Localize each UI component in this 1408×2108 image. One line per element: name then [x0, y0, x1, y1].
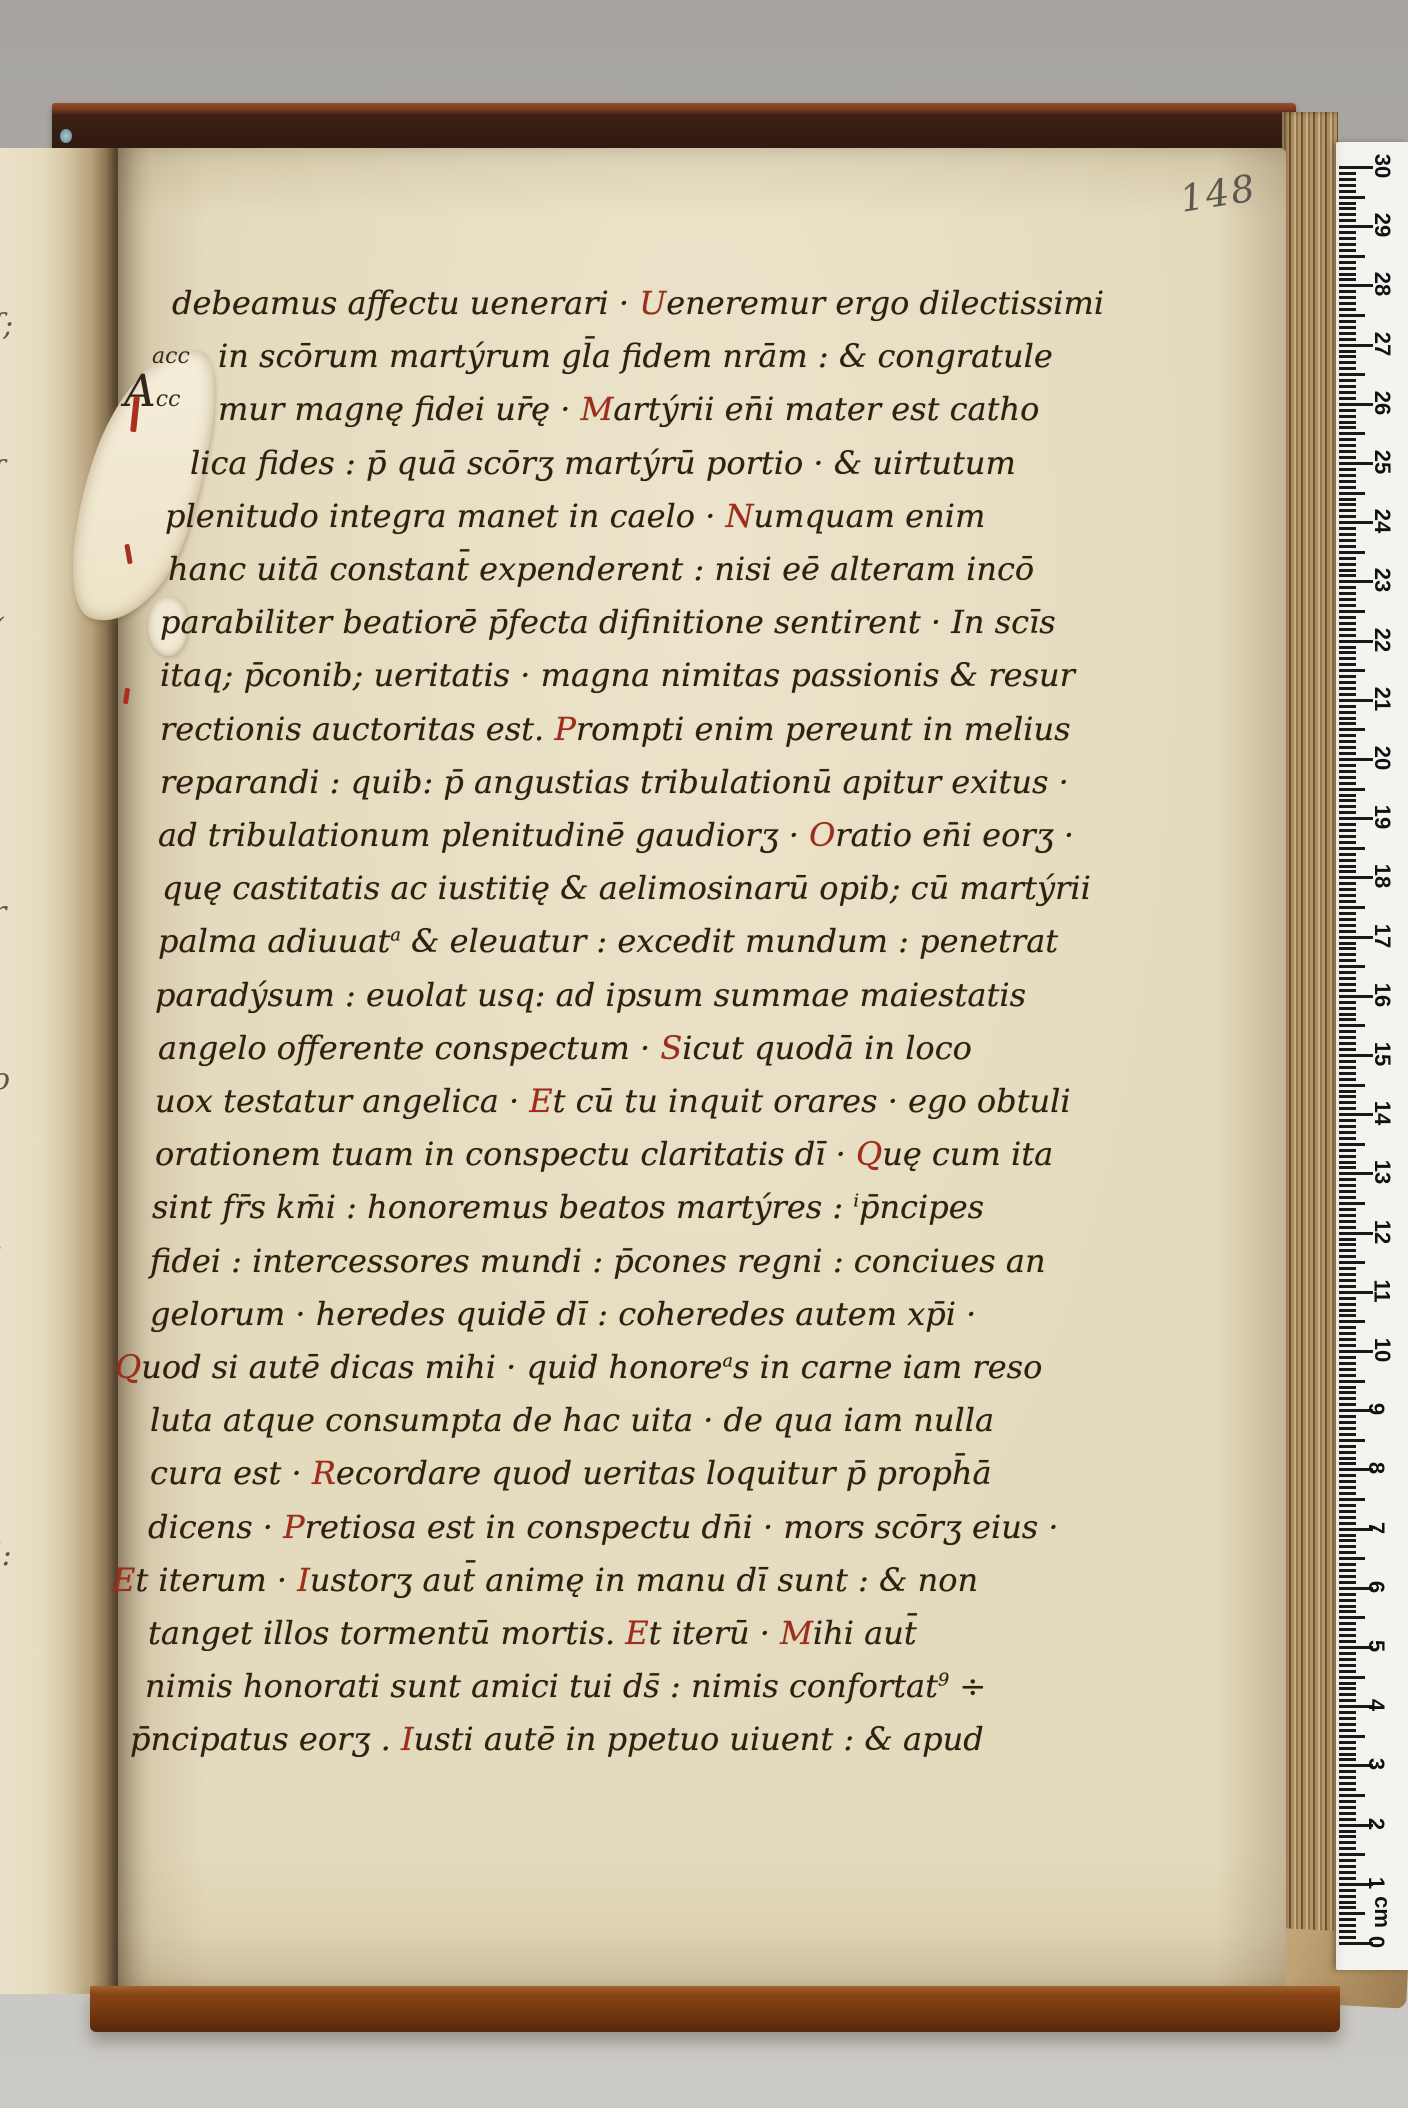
ruler-tick: [1339, 865, 1356, 868]
ruler-tick: [1339, 829, 1356, 832]
ruler-tick: [1339, 669, 1365, 672]
ruler-number: 30: [1369, 154, 1395, 178]
rubric-letter: P: [283, 1508, 305, 1546]
ruler-tick: [1339, 888, 1356, 891]
measuring-ruler: 0123456789101112131415161718192021222324…: [1336, 142, 1408, 1970]
text-segment: fidei : intercessores mundi : p̄cones re…: [150, 1242, 1046, 1280]
ruler-tick: [1339, 1835, 1356, 1838]
ruler-tick: [1339, 338, 1356, 341]
book-bottom-cover-edge: [90, 1986, 1340, 2032]
ruler-tick: [1339, 1001, 1356, 1004]
ruler-tick: [1339, 438, 1356, 441]
ruler-tick: [1339, 403, 1373, 406]
text-segment: t iterū ·: [649, 1614, 780, 1652]
manuscript-line: p̄ncipatus eorʒ . Iusti autē in ppetuo u…: [130, 1720, 984, 1758]
ruler-tick: [1339, 249, 1356, 252]
facing-page-text-fragment: o: [0, 1062, 10, 1097]
manuscript-line: reparandi : quib: p̄ angustias tribulati…: [160, 763, 1069, 801]
ruler-tick: [1339, 1901, 1356, 1904]
ruler-tick: [1339, 1060, 1356, 1063]
ruler-tick: [1339, 1072, 1356, 1075]
ruler-tick: [1339, 1208, 1356, 1211]
ruler-tick: [1339, 1297, 1356, 1300]
ruler-tick: [1339, 989, 1356, 992]
ruler-tick: [1339, 492, 1365, 495]
ruler-tick: [1339, 302, 1356, 305]
ruler-tick: [1339, 1877, 1356, 1880]
ruler-tick: [1339, 397, 1356, 400]
ruler-tick: [1339, 788, 1365, 791]
ruler-tick: [1339, 551, 1365, 554]
ruler-tick: [1339, 391, 1356, 394]
ruler-tick: [1339, 409, 1356, 412]
ruler-number: 5: [1363, 1640, 1389, 1652]
ruler-tick: [1339, 1131, 1356, 1134]
ruler-tick: [1339, 847, 1365, 850]
rubric-mark: [123, 688, 130, 705]
ruler-tick: [1339, 1634, 1356, 1637]
ruler-tick: [1339, 355, 1356, 358]
ruler-number: 1: [1363, 1877, 1389, 1889]
ruler-tick: [1339, 1930, 1356, 1933]
ruler-tick: [1339, 1344, 1356, 1347]
ruler-tick: [1339, 1243, 1356, 1246]
text-segment: ratio en̄i eorʒ ·: [835, 816, 1074, 854]
ruler-tick: [1339, 1563, 1356, 1566]
text-segment: sint fr̄s km̄i : honoremus beatos martýr…: [152, 1188, 853, 1226]
text-segment: angelo offerente conspectum ·: [158, 1029, 660, 1067]
ruler-tick: [1339, 936, 1373, 939]
ruler-tick: [1339, 1516, 1356, 1519]
ruler-tick: [1339, 1912, 1365, 1915]
ruler-tick: [1339, 1575, 1356, 1578]
ruler-tick: [1339, 563, 1356, 566]
ruler-tick: [1339, 1498, 1365, 1501]
manuscript-line: angelo offerente conspectum · Sicut quod…: [158, 1029, 972, 1067]
ruler-unit-label: cm: [1369, 1896, 1395, 1928]
ruler-tick: [1339, 1652, 1356, 1655]
text-segment: reparandi : quib: p̄ angustias tribulati…: [160, 763, 1069, 801]
ruler-tick: [1339, 178, 1356, 181]
ruler-tick: [1339, 663, 1356, 666]
ruler-tick: [1339, 876, 1373, 879]
ruler-tick: [1339, 1042, 1356, 1045]
ruler-tick: [1339, 1610, 1356, 1613]
ruler-tick: [1339, 1758, 1356, 1761]
ruler-tick: [1339, 1403, 1356, 1406]
ruler-tick: [1339, 687, 1356, 690]
manuscript-line: palma adiuuata & eleuatur : excedit mund…: [158, 922, 1058, 960]
ruler-tick: [1339, 1569, 1356, 1572]
ruler-tick: [1339, 320, 1356, 323]
ruler-tick: [1339, 1747, 1356, 1750]
folio-number: 148: [1177, 166, 1259, 220]
text-segment: icut quodā in loco: [682, 1029, 972, 1067]
ruler-tick: [1339, 722, 1356, 725]
ruler-number: 11: [1369, 1279, 1395, 1302]
ruler-tick: [1339, 794, 1356, 797]
ruler-tick: [1339, 1279, 1356, 1282]
ruler-tick: [1339, 1682, 1356, 1685]
ruler-tick: [1339, 1510, 1356, 1513]
ruler-tick: [1339, 1753, 1356, 1756]
ruler-tick: [1339, 811, 1356, 814]
ruler-tick: [1339, 959, 1356, 962]
text-segment: orationem tuam in conspectu claritatis d…: [155, 1135, 856, 1173]
marginal-initial: A: [124, 366, 156, 417]
ruler-tick: [1339, 1232, 1373, 1235]
ruler-tick: [1339, 740, 1356, 743]
ruler-number: 27: [1369, 331, 1395, 355]
ruler-tick: [1339, 444, 1356, 447]
ruler-tick: [1339, 1226, 1356, 1229]
ruler-tick: [1339, 1841, 1356, 1844]
ruler-tick: [1339, 699, 1373, 702]
ruler-tick: [1339, 1184, 1356, 1187]
ruler-tick: [1339, 1084, 1365, 1087]
ruler-tick: [1339, 1326, 1356, 1329]
ruler-tick: [1339, 237, 1356, 240]
rubric-letter: M: [780, 1614, 813, 1652]
ruler-tick: [1339, 1368, 1356, 1371]
ruler-number: 18: [1369, 864, 1395, 888]
ruler-tick: [1339, 965, 1365, 968]
ruler-tick: [1339, 1711, 1356, 1714]
book-fore-edge-pages: [1282, 112, 1338, 1998]
ruler-tick: [1339, 184, 1356, 187]
ruler-tick: [1339, 1599, 1356, 1602]
text-segment: t iterum ·: [135, 1561, 297, 1599]
ruler-tick: [1339, 1332, 1356, 1335]
ruler-tick: [1339, 841, 1356, 844]
manuscript-line: uox testatur angelica · Et cū tu inquit …: [155, 1082, 1071, 1120]
manuscript-line: debeamus affectu uenerari · Ueneremur er…: [172, 284, 1104, 322]
ruler-number: 9: [1363, 1403, 1389, 1415]
manuscript-line: gelorum · heredes quidē dī : coheredes a…: [150, 1295, 976, 1333]
ruler-tick: [1339, 1865, 1356, 1868]
text-segment: nimis honorati sunt amici tui ds̄ : nimi…: [145, 1667, 938, 1705]
text-segment: usti autē in ppetuo uiuent : & apud: [414, 1720, 984, 1758]
ruler-tick: [1339, 1770, 1356, 1773]
rubric-letter: I: [297, 1561, 310, 1599]
ruler-tick: [1339, 1285, 1356, 1288]
ruler-tick: [1339, 942, 1356, 945]
ruler-tick: [1339, 385, 1356, 388]
ruler-tick: [1339, 681, 1356, 684]
ruler-tick: [1339, 539, 1356, 542]
text-segment: palma adiuuat: [158, 922, 390, 960]
ruler-tick: [1339, 1522, 1356, 1525]
ruler-number: 20: [1369, 746, 1395, 770]
ruler-tick: [1339, 1018, 1356, 1021]
ruler-tick: [1339, 1693, 1356, 1696]
ruler-tick: [1339, 308, 1356, 311]
text-segment: p̄ncipatus eorʒ .: [130, 1720, 401, 1758]
ruler-tick: [1339, 1119, 1356, 1122]
ruler-tick: [1339, 421, 1356, 424]
text-segment: ad tribulationum plenitudinē gaudiorʒ ·: [158, 816, 809, 854]
ruler-tick: [1339, 190, 1356, 193]
ruler-tick: [1339, 1800, 1356, 1803]
ruler-tick: [1339, 1889, 1356, 1892]
ruler-tick: [1339, 900, 1356, 903]
ruler-tick: [1339, 1238, 1356, 1241]
ruler-tick: [1339, 1806, 1356, 1809]
ruler-tick: [1339, 1380, 1365, 1383]
text-segment: retiosa est in conspectu dn̄i · mors scō…: [305, 1508, 1059, 1546]
ruler-tick: [1339, 1830, 1356, 1833]
manuscript-line: luta atque consumpta de hac uita · de qu…: [150, 1401, 994, 1439]
ruler-tick: [1339, 770, 1356, 773]
ruler-tick: [1339, 361, 1356, 364]
text-segment: uę cum ita: [882, 1135, 1053, 1173]
ruler-tick: [1339, 1309, 1356, 1312]
ruler-tick: [1339, 983, 1356, 986]
manuscript-line: paradýsum : euolat usq: ad ipsum summae …: [155, 976, 1026, 1014]
ruler-tick: [1339, 474, 1356, 477]
ruler-tick: [1339, 1445, 1356, 1448]
ruler-tick: [1339, 1048, 1356, 1051]
ruler-tick: [1339, 202, 1356, 205]
ruler-tick: [1339, 432, 1365, 435]
ruler-tick: [1339, 1095, 1356, 1098]
ruler-tick: [1339, 628, 1356, 631]
manuscript-line: sint fr̄s km̄i : honoremus beatos martýr…: [152, 1188, 984, 1226]
ruler-tick: [1339, 1616, 1365, 1619]
manuscript-line: cura est · Recordare quod ueritas loquit…: [150, 1454, 992, 1492]
ruler-tick: [1339, 918, 1356, 921]
facing-page-text-fragment: ;: [0, 1232, 2, 1267]
ruler-tick: [1339, 1723, 1356, 1726]
ruler-tick: [1339, 574, 1356, 577]
ruler-tick: [1339, 693, 1356, 696]
ruler-tick: [1339, 776, 1356, 779]
ruler-tick: [1339, 267, 1356, 270]
ruler-tick: [1339, 1024, 1365, 1027]
ruler-tick: [1339, 1030, 1356, 1033]
ruler-tick: [1339, 1066, 1356, 1069]
ruler-tick: [1339, 1172, 1373, 1175]
ruler-tick: [1339, 1433, 1356, 1436]
manuscript-line: orationem tuam in conspectu claritatis d…: [155, 1135, 1053, 1173]
ruler-tick: [1339, 533, 1356, 536]
text-segment: cura est ·: [150, 1454, 312, 1492]
ruler-tick: [1339, 1640, 1356, 1643]
ruler-tick: [1339, 1936, 1356, 1939]
ruler-tick: [1339, 379, 1356, 382]
ruler-tick: [1339, 350, 1356, 353]
ruler-tick: [1339, 995, 1373, 998]
ruler-tick: [1339, 284, 1373, 287]
ruler-tick: [1339, 509, 1356, 512]
ruler-tick: [1339, 1480, 1356, 1483]
superscript-letter: 9: [938, 1671, 949, 1691]
ruler-tick: [1339, 1687, 1356, 1690]
ruler-tick: [1339, 1214, 1356, 1217]
text-segment: ustorʒ aut̄ animę in manu dī sunt : & no…: [310, 1561, 978, 1599]
ruler-tick: [1339, 1190, 1356, 1193]
ruler-tick: [1339, 1474, 1356, 1477]
ruler-tick: [1339, 1415, 1356, 1418]
ruler-tick: [1339, 882, 1356, 885]
ruler-tick: [1339, 1859, 1356, 1862]
ruler-tick: [1339, 1534, 1356, 1537]
ruler-tick: [1339, 1202, 1365, 1205]
ruler-number: 12: [1369, 1219, 1395, 1243]
ruler-tick: [1339, 1267, 1356, 1270]
ruler-tick: [1339, 456, 1356, 459]
ruler-number: 3: [1363, 1758, 1389, 1770]
ruler-tick: [1339, 1386, 1356, 1389]
text-segment: mur magnę fidei ur̄ę ·: [218, 390, 581, 428]
facing-page-text-fragment: ·: [0, 408, 2, 443]
ruler-tick: [1339, 326, 1356, 329]
ruler-tick: [1339, 503, 1356, 506]
text-segment: lica fides : p̄ quā scōrʒ martýrū portio…: [190, 444, 1016, 482]
ruler-tick: [1339, 1397, 1356, 1400]
manuscript-line: in scōrum martýrum gl̄a fidem nrām : & c…: [218, 337, 1053, 375]
text-segment: hanc uitā constant̄ expenderent : nisi e…: [168, 550, 1034, 588]
rubric-letter: R: [312, 1454, 336, 1492]
ruler-tick: [1339, 243, 1356, 246]
ruler-tick: [1339, 1101, 1356, 1104]
ruler-tick: [1339, 1871, 1356, 1874]
ruler-tick: [1339, 1362, 1356, 1365]
text-segment: umquam enim: [754, 497, 986, 535]
ruler-tick: [1339, 1036, 1356, 1039]
ruler-tick: [1339, 616, 1356, 619]
ruler-tick: [1339, 835, 1356, 838]
ruler-tick: [1339, 255, 1365, 258]
ruler-tick: [1339, 977, 1356, 980]
ruler-tick: [1339, 196, 1365, 199]
ruler-tick: [1339, 426, 1356, 429]
ruler-tick: [1339, 1699, 1356, 1702]
ruler-tick: [1339, 717, 1356, 720]
ruler-tick: [1339, 1812, 1356, 1815]
text-segment: t cū tu inquit orares · ego obtuli: [553, 1082, 1071, 1120]
ruler-tick: [1339, 462, 1373, 465]
ruler-tick: [1339, 1078, 1356, 1081]
text-segment: parabiliter beatiorē p̄fecta difinitione…: [160, 603, 1056, 641]
ruler-number: 6: [1363, 1581, 1389, 1593]
rubric-letter: E: [529, 1082, 552, 1120]
manuscript-line: dicens · Pretiosa est in conspectu dn̄i …: [148, 1508, 1059, 1546]
photo-backdrop: ſ;·ſ(ro;l:· 148 accAcc debeamus affectu …: [0, 0, 1408, 2108]
text-segment: dicens ·: [148, 1508, 283, 1546]
ruler-tick: [1339, 1457, 1356, 1460]
ruler-tick: [1339, 1776, 1356, 1779]
ruler-tick: [1339, 1125, 1356, 1128]
marginal-text: cc: [156, 387, 181, 412]
ruler-number: 21: [1369, 687, 1395, 711]
ruler-tick: [1339, 651, 1356, 654]
rubric-letter: N: [726, 497, 754, 535]
ruler-tick: [1339, 924, 1356, 927]
ruler-number: 28: [1369, 272, 1395, 296]
manuscript-line: mur magnę fidei ur̄ę · Martýrii en̄i mat…: [218, 390, 1039, 428]
ruler-tick: [1339, 1729, 1356, 1732]
ruler-tick: [1339, 278, 1356, 281]
facing-page-text-fragment: (: [0, 612, 4, 647]
ruler-tick: [1339, 1178, 1356, 1181]
ruler-tick: [1339, 1273, 1356, 1276]
ruler-number: 16: [1369, 983, 1395, 1007]
ruler-tick: [1339, 598, 1356, 601]
ruler-number: 29: [1369, 213, 1395, 237]
ruler-tick: [1339, 675, 1356, 678]
manuscript-line: rectionis auctoritas est. Prompti enim p…: [160, 710, 1071, 748]
ruler-tick: [1339, 1658, 1356, 1661]
ruler-number: 23: [1369, 568, 1395, 592]
ruler-tick: [1339, 498, 1356, 501]
ruler-tick: [1339, 1741, 1356, 1744]
ruler-tick: [1339, 657, 1356, 660]
ruler-tick: [1339, 1196, 1356, 1199]
manuscript-recto-page: 148 accAcc debeamus affectu uenerari · U…: [118, 148, 1286, 1992]
ruler-tick: [1339, 527, 1356, 530]
ruler-tick: [1339, 1303, 1356, 1306]
ruler-tick: [1339, 1794, 1365, 1797]
ruler-tick: [1339, 415, 1356, 418]
ruler-tick: [1339, 752, 1356, 755]
rubric-letter: U: [639, 284, 666, 322]
ruler-tick: [1339, 373, 1365, 376]
ruler-tick: [1339, 1670, 1356, 1673]
ruler-tick: [1339, 1090, 1356, 1093]
ruler-tick: [1339, 1853, 1365, 1856]
facing-page-text-fragment: r: [0, 895, 6, 930]
text-segment: ecordare quod ueritas loquitur p̄ proph̄…: [336, 1454, 992, 1492]
ruler-tick: [1339, 1622, 1356, 1625]
ruler-tick: [1339, 1593, 1356, 1596]
ruler-number: 26: [1369, 391, 1395, 415]
rubric-letter: P: [554, 710, 576, 748]
ruler-tick: [1339, 906, 1365, 909]
ruler-tick: [1339, 231, 1356, 234]
ruler-tick: [1339, 1605, 1356, 1608]
ruler-tick: [1339, 1895, 1356, 1898]
manuscript-line: ad tribulationum plenitudinē gaudiorʒ · …: [158, 816, 1074, 854]
rubric-letter: E: [112, 1561, 135, 1599]
ruler-tick: [1339, 1107, 1356, 1110]
ruler-tick: [1339, 586, 1356, 589]
ruler-tick: [1339, 799, 1356, 802]
ruler-tick: [1339, 1374, 1356, 1377]
ruler-tick: [1339, 1155, 1356, 1158]
ruler-tick: [1339, 480, 1356, 483]
ruler-tick: [1339, 859, 1356, 862]
ruler-tick: [1339, 1338, 1356, 1341]
text-segment: ÷: [949, 1667, 986, 1705]
ruler-tick: [1339, 1818, 1356, 1821]
manuscript-line: parabiliter beatiorē p̄fecta difinitione…: [160, 603, 1056, 641]
manuscript-line: plenitudo integra manet in caelo · Numqu…: [165, 497, 985, 535]
text-segment: gelorum · heredes quidē dī : coheredes a…: [150, 1295, 976, 1333]
ruler-tick: [1339, 622, 1356, 625]
text-segment: tanget illos tormentū mortis.: [148, 1614, 625, 1652]
ruler-tick: [1339, 1249, 1356, 1252]
text-segment: p̄ncipes: [859, 1188, 984, 1226]
ruler-tick: [1339, 1735, 1365, 1738]
ruler-tick: [1339, 764, 1356, 767]
text-segment: uox testatur angelica ·: [155, 1082, 529, 1120]
ruler-tick: [1339, 1356, 1356, 1359]
superscript-letter: a: [390, 926, 401, 946]
ruler-tick: [1339, 805, 1356, 808]
text-segment: in scōrum martýrum gl̄a fidem nrām : & c…: [218, 337, 1053, 375]
ruler-tick: [1339, 853, 1356, 856]
